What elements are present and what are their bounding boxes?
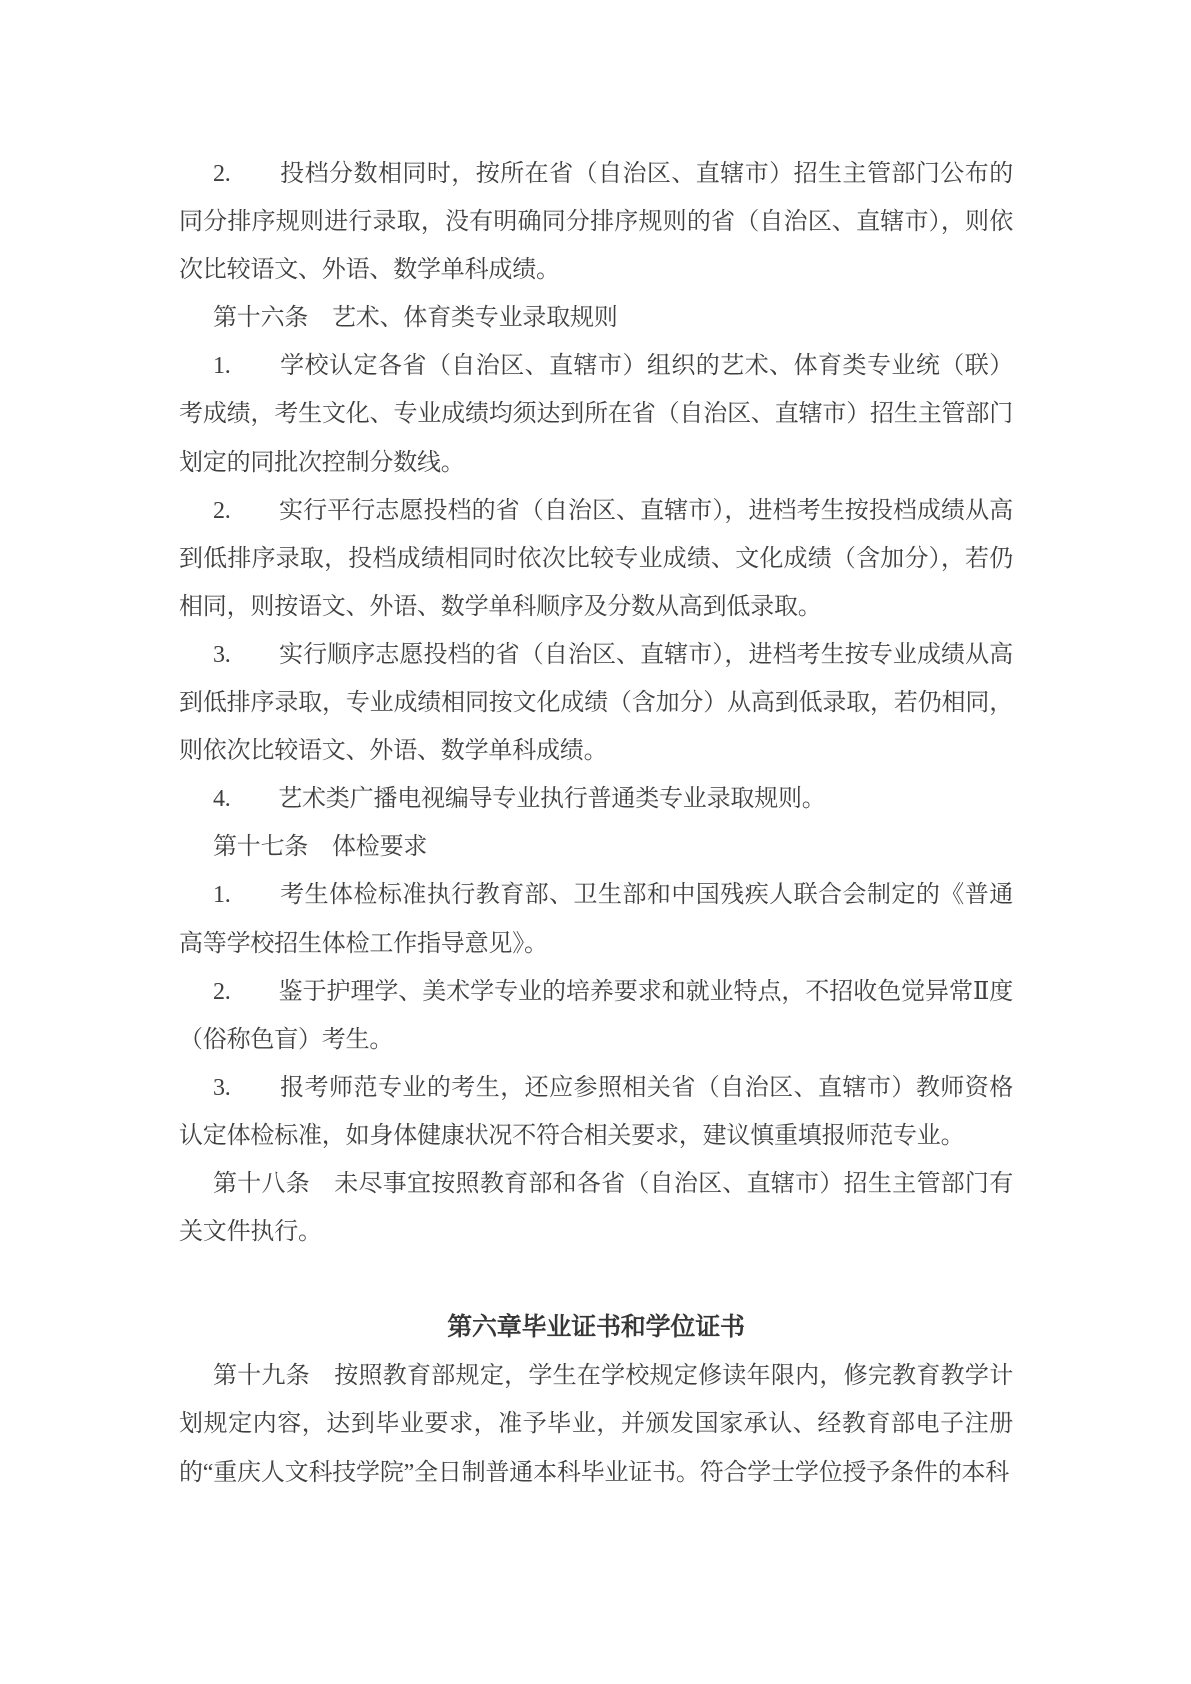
paragraph-tiebreak-continuation: 2. 投档分数相同时，按所在省（自治区、直辖市）招生主管部门公布的同分排序规则进… <box>179 150 1013 294</box>
article-18-paragraph: 第十八条 未尽事宜按照教育部和各省（自治区、直辖市）招生主管部门有关文件执行。 <box>179 1160 1013 1256</box>
article-17-title: 第十七条 体检要求 <box>179 823 1013 871</box>
chapter-6-heading: 第六章毕业证书和学位证书 <box>179 1304 1013 1352</box>
article-17-item-3: 3. 报考师范专业的考生，还应参照相关省（自治区、直辖市）教师资格认定体检标准，… <box>179 1064 1013 1160</box>
document-page: 2. 投档分数相同时，按所在省（自治区、直辖市）招生主管部门公布的同分排序规则进… <box>0 0 1191 1684</box>
article-16-item-1: 1. 学校认定各省（自治区、直辖市）组织的艺术、体育类专业统（联）考成绩，考生文… <box>179 342 1013 486</box>
article-17-item-1: 1. 考生体检标准执行教育部、卫生部和中国残疾人联合会制定的《普通高等学校招生体… <box>179 871 1013 967</box>
article-16-item-4: 4. 艺术类广播电视编导专业执行普通类专业录取规则。 <box>179 775 1013 823</box>
article-16-title: 第十六条 艺术、体育类专业录取规则 <box>179 294 1013 342</box>
document-content: 2. 投档分数相同时，按所在省（自治区、直辖市）招生主管部门公布的同分排序规则进… <box>179 0 1013 1497</box>
article-16-item-3: 3. 实行顺序志愿投档的省（自治区、直辖市），进档考生按专业成绩从高到低排序录取… <box>179 631 1013 775</box>
article-16-item-2: 2. 实行平行志愿投档的省（自治区、直辖市），进档考生按投档成绩从高到低排序录取… <box>179 487 1013 631</box>
article-19-paragraph: 第十九条 按照教育部规定，学生在学校规定修读年限内，修完教育教学计划规定内容，达… <box>179 1352 1013 1496</box>
article-17-item-2: 2. 鉴于护理学、美术学专业的培养要求和就业特点，不招收色觉异常Ⅱ度（俗称色盲）… <box>179 968 1013 1064</box>
